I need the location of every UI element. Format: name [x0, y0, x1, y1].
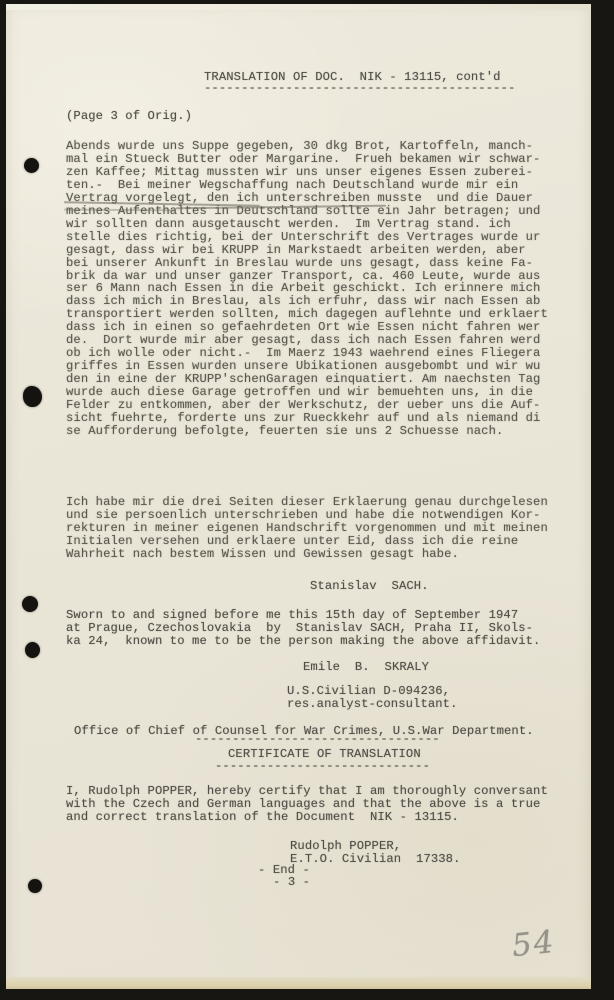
- certificate-rule-bottom: -----------------------------: [215, 760, 430, 773]
- paper-top-edge: [6, 4, 591, 10]
- notary-id-block: U.S.Civilian D-094236, res.analyst-consu…: [287, 685, 458, 711]
- certificate-paragraph: I, Rudolph POPPER, hereby certify that I…: [66, 785, 548, 824]
- certificate-rule-top: ---------------------------------: [195, 733, 440, 746]
- notary-signature: Emile B. SKRALY: [303, 661, 429, 674]
- punch-hole-5: [28, 879, 42, 893]
- closing-paragraph: Ich habe mir die drei Seiten dieser Erkl…: [66, 496, 548, 561]
- paper-bottom-edge: [6, 977, 591, 989]
- punch-hole-4: [25, 642, 40, 658]
- document-page: TRANSLATION OF DOC. NIK - 13115, cont'd …: [0, 0, 614, 1000]
- punch-hole-2: [23, 386, 42, 407]
- affidavit-paragraph: Abends wurde uns Suppe gegeben, 30 dkg B…: [66, 140, 548, 438]
- doc-header-rule: ----------------------------------------…: [204, 82, 515, 95]
- page-reference: (Page 3 of Orig.): [66, 110, 192, 123]
- punch-hole-3: [22, 596, 38, 612]
- translator-signature-block: Rudolph POPPER, E.T.O. Civilian 17338.: [290, 840, 461, 866]
- jurat-paragraph: Sworn to and signed before me this 15th …: [66, 609, 540, 648]
- deponent-signature: Stanislav SACH.: [310, 580, 429, 593]
- page-number-mark: - 3 -: [273, 876, 310, 889]
- punch-hole-1: [24, 158, 39, 173]
- handwritten-page-number: 54: [510, 924, 557, 964]
